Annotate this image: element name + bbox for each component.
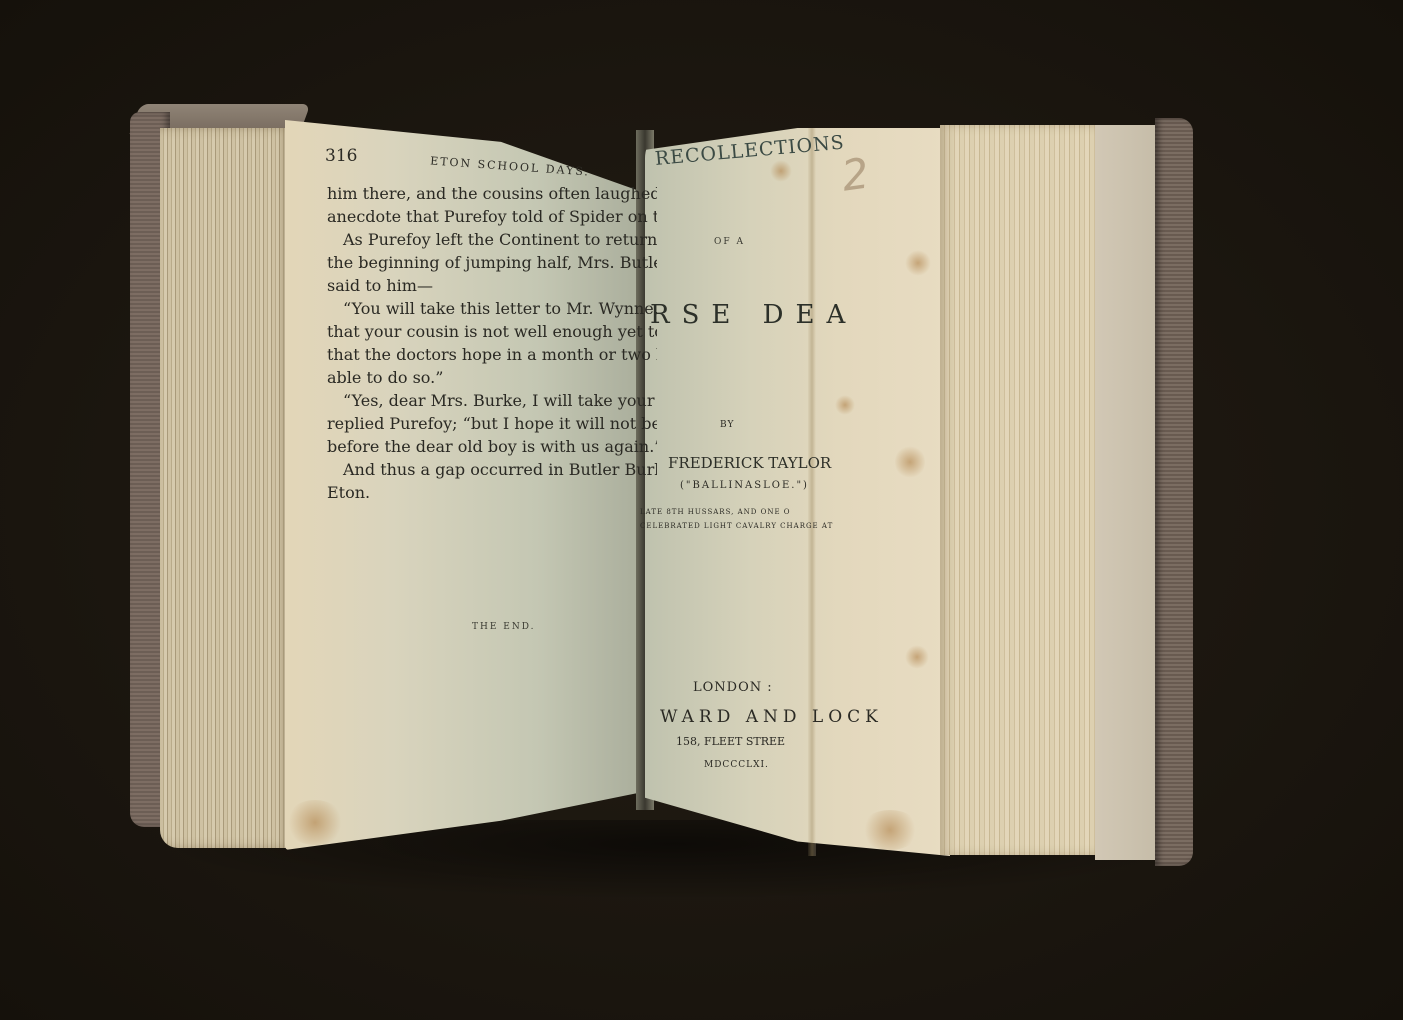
text-line: Eton. [327, 481, 657, 504]
title-line-2: OF A [714, 237, 745, 247]
text-line: him there, and the cousins often laughed… [327, 182, 657, 205]
text-line: And thus a gap occurred in Butler Burke'… [327, 458, 657, 481]
right-endpaper [1095, 125, 1160, 860]
publication-year: MDCCCLXI. [704, 760, 769, 770]
text-line: “You will take this letter to Mr. Wynne,… [327, 297, 657, 320]
publisher-name: WARD AND LOCK [660, 707, 883, 727]
left-page-block-edges [160, 128, 290, 848]
text-line: before the dear old boy is with us again… [327, 435, 657, 458]
title-line-3: RSE DEA [650, 300, 857, 330]
author-name: FREDERICK TAYLOR [668, 454, 831, 472]
foxing-stain [905, 250, 931, 276]
foxing-stain [895, 445, 925, 479]
foxing-stain [285, 800, 345, 845]
author-description-1: LATE 8TH HUSSARS, AND ONE O [640, 508, 791, 516]
foxing-stain [770, 160, 792, 182]
publisher-address: 158, FLEET STREE [676, 735, 785, 748]
the-end-label: THE END. [472, 622, 535, 632]
foxing-stain [860, 810, 920, 850]
right-page-crease [808, 128, 816, 856]
foxing-stain [905, 645, 929, 669]
text-line: replied Purefoy; “but I hope it will not… [327, 412, 657, 435]
text-line: anecdote that Purefoy told of Spider on … [327, 205, 657, 228]
text-line: that the doctors hope in a month or two … [327, 343, 657, 366]
foxing-stain [835, 395, 855, 415]
author-description-2: CELEBRATED LIGHT CAVALRY CHARGE AT [640, 522, 833, 530]
text-line: “Yes, dear Mrs. Burke, I will take your … [327, 389, 657, 412]
text-line: As Purefoy left the Continent to return … [327, 228, 657, 251]
text-line: the beginning of jumping half, Mrs. Butl… [327, 251, 657, 274]
right-page-block-edges [940, 125, 1100, 855]
text-line: that your cousin is not well enough yet … [327, 320, 657, 343]
imprint-city: LONDON : [693, 680, 773, 695]
left-page-body-text: him there, and the cousins often laughed… [327, 182, 657, 504]
page-number: 316 [325, 146, 357, 166]
text-line: said to him— [327, 274, 657, 297]
text-line: able to do so.” [327, 366, 657, 389]
author-pseudonym: ("BALLINASLOE.") [680, 480, 809, 491]
byline: BY [720, 420, 734, 430]
right-cover-cloth [1155, 118, 1193, 866]
